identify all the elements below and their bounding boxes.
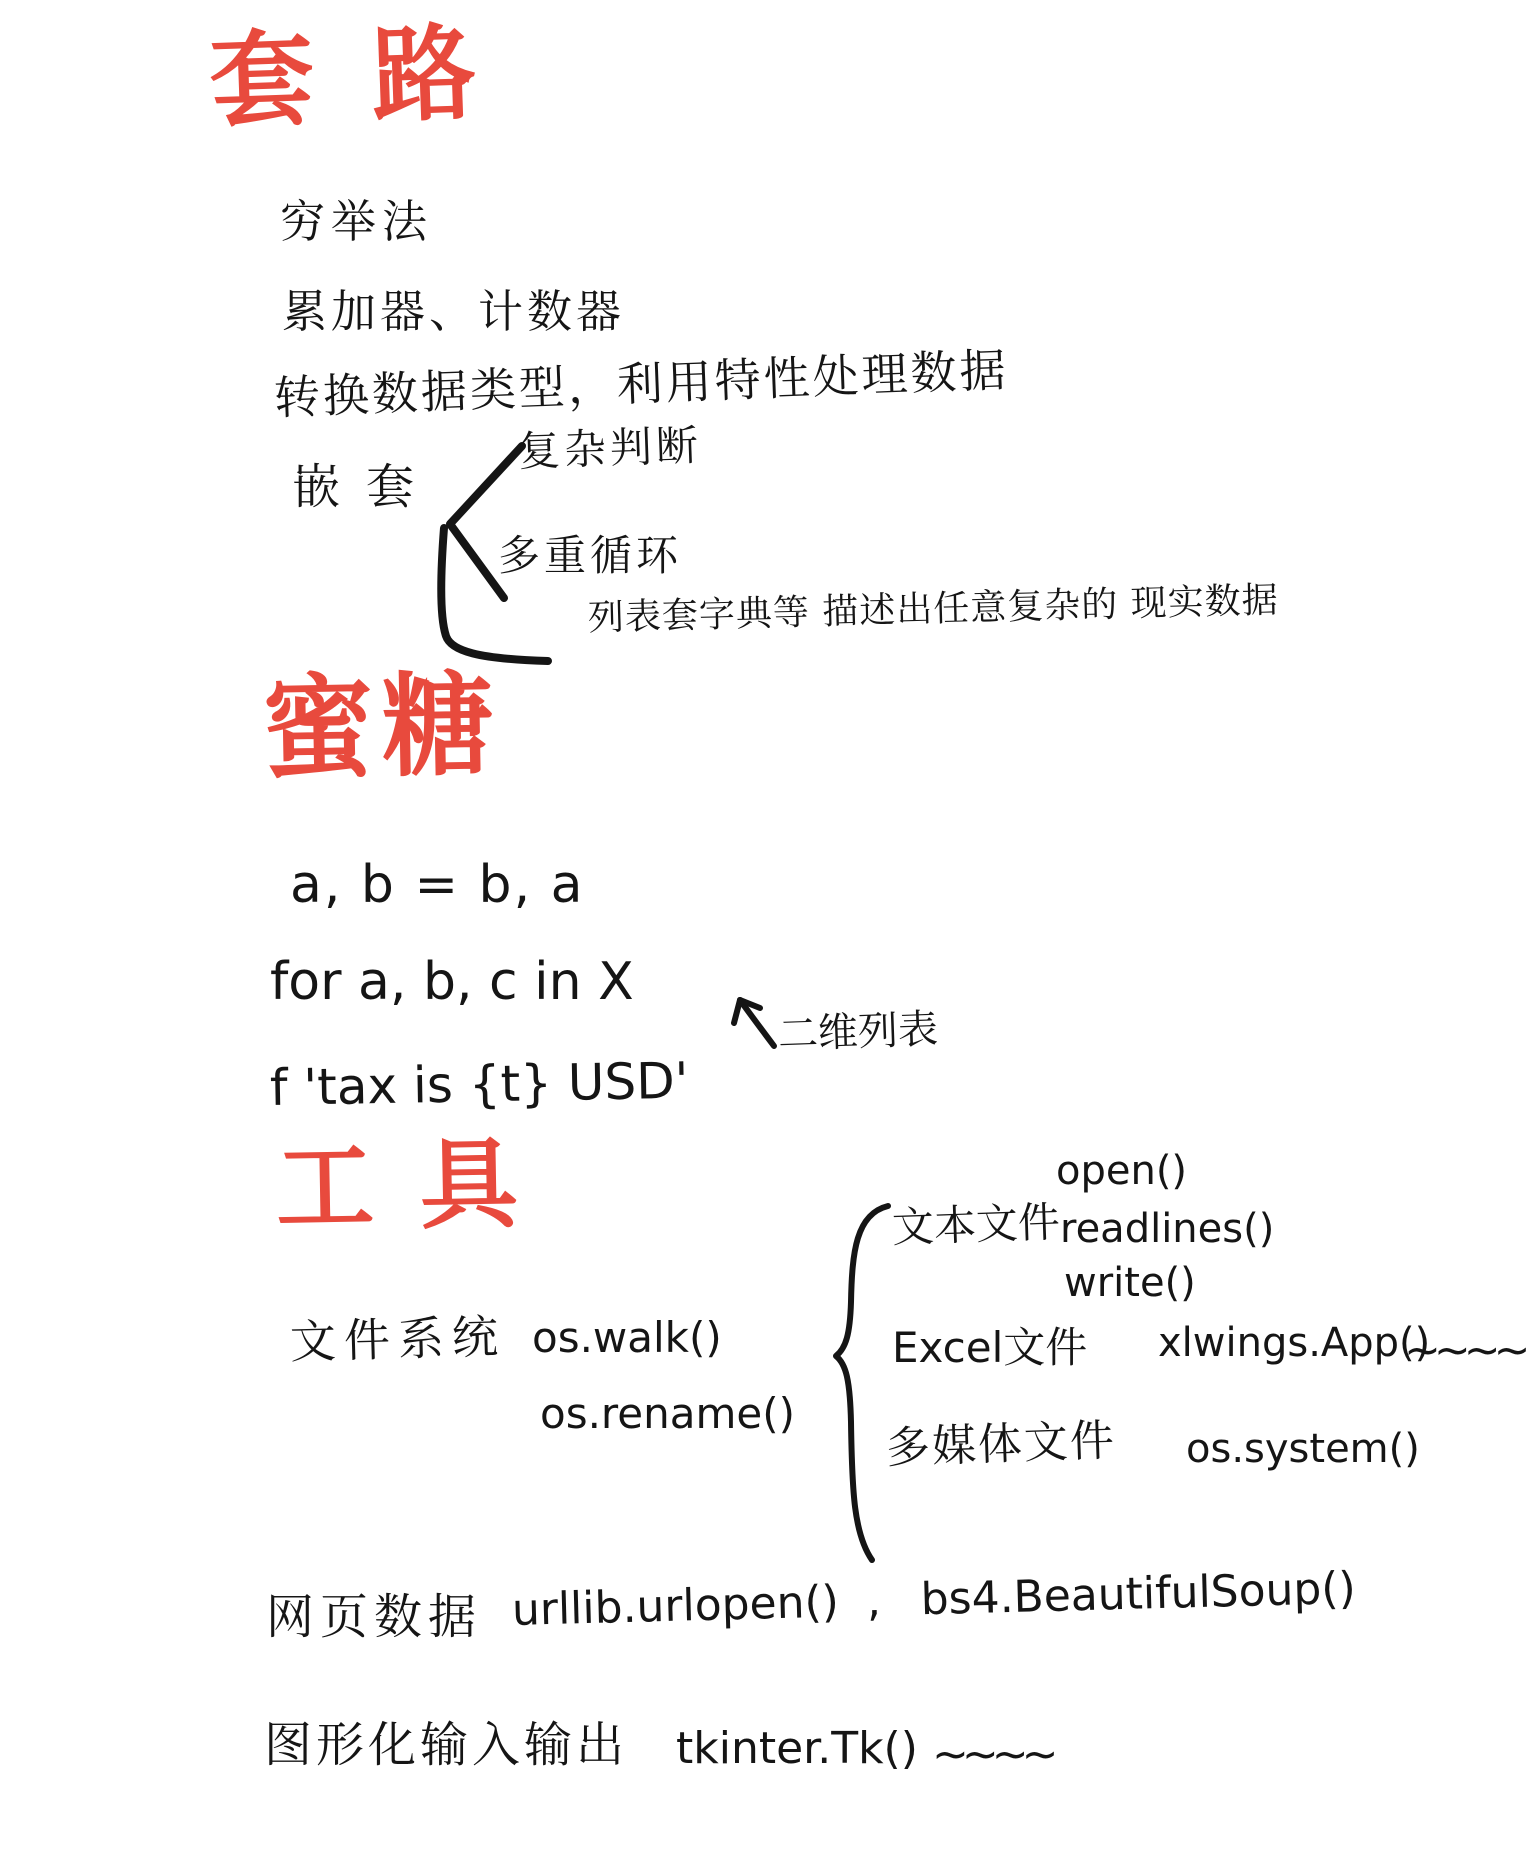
brace-icon — [836, 1206, 888, 1560]
handwritten-notes-page: 套路 穷举法 累加器、计数器 转换数据类型，利用特性处理数据 嵌套 复杂判断 多… — [0, 0, 1536, 1860]
multimedia-file-label: 多媒体文件 — [885, 1418, 1116, 1472]
nest-branch-multiple-loops: 多重循环 — [498, 534, 682, 578]
excel-file-label: Excel文件 — [892, 1326, 1087, 1370]
code-os-system: os.system() — [1186, 1428, 1420, 1470]
code-for-unpacking-line: for a, b, c in X — [270, 955, 634, 1010]
code-readlines: readlines() — [1060, 1208, 1274, 1250]
note-line-accumulator-counter: 累加器、计数器 — [282, 288, 625, 335]
etc-squiggle: ~~~~ — [932, 1732, 1051, 1778]
note-line-convert-datatypes: 转换数据类型，利用特性处理数据 — [273, 346, 1009, 422]
code-open: open() — [1056, 1150, 1187, 1192]
web-data-functions: urllib.urlopen() , bs4.BeautifulSoup() — [511, 1566, 1356, 1634]
web-data-label: 网页数据 — [266, 1592, 482, 1642]
arrow-annotation-2d-list: 二维列表 — [777, 1008, 938, 1056]
code-os-walk: os.walk() — [532, 1316, 722, 1360]
code-write: write() — [1064, 1262, 1196, 1304]
section-heading-taolu: 套路 — [208, 17, 536, 137]
code-urllib-urlopen: urllib.urlopen() — [511, 1579, 839, 1634]
code-swap-line: a, b = b, a — [290, 858, 585, 913]
code-os-rename: os.rename() — [540, 1392, 795, 1436]
etc-squiggle: ~~~~ — [1404, 1328, 1523, 1374]
code-tkinter-tk: tkinter.Tk() — [676, 1726, 918, 1772]
code-bs4-beautifulsoup: bs4.BeautifulSoup() — [920, 1566, 1356, 1624]
nest-label: 嵌套 — [292, 462, 440, 512]
gui-io-label: 图形化输入输出 — [264, 1720, 628, 1770]
code-xlwings-app: xlwings.App() — [1158, 1322, 1430, 1364]
annotation-arrow-icon — [734, 1000, 774, 1046]
filesystem-label: 文件系统 — [289, 1312, 506, 1366]
nest-branch-nested-structures: 列表套字典等 描述出任意复杂的 现实数据 — [588, 582, 1280, 638]
nest-branch-complex-judgment: 复杂判断 — [517, 424, 702, 474]
note-line-exhaustive-method: 穷举法 — [280, 198, 433, 245]
separator-comma: , — [866, 1578, 881, 1625]
section-heading-gongju: 工具 — [275, 1133, 565, 1241]
code-fstring-line: f 'tax is {t} USD' — [270, 1055, 689, 1115]
section-heading-mitang: 蜜糖 — [261, 668, 503, 790]
text-file-label: 文本文件 — [891, 1200, 1060, 1250]
